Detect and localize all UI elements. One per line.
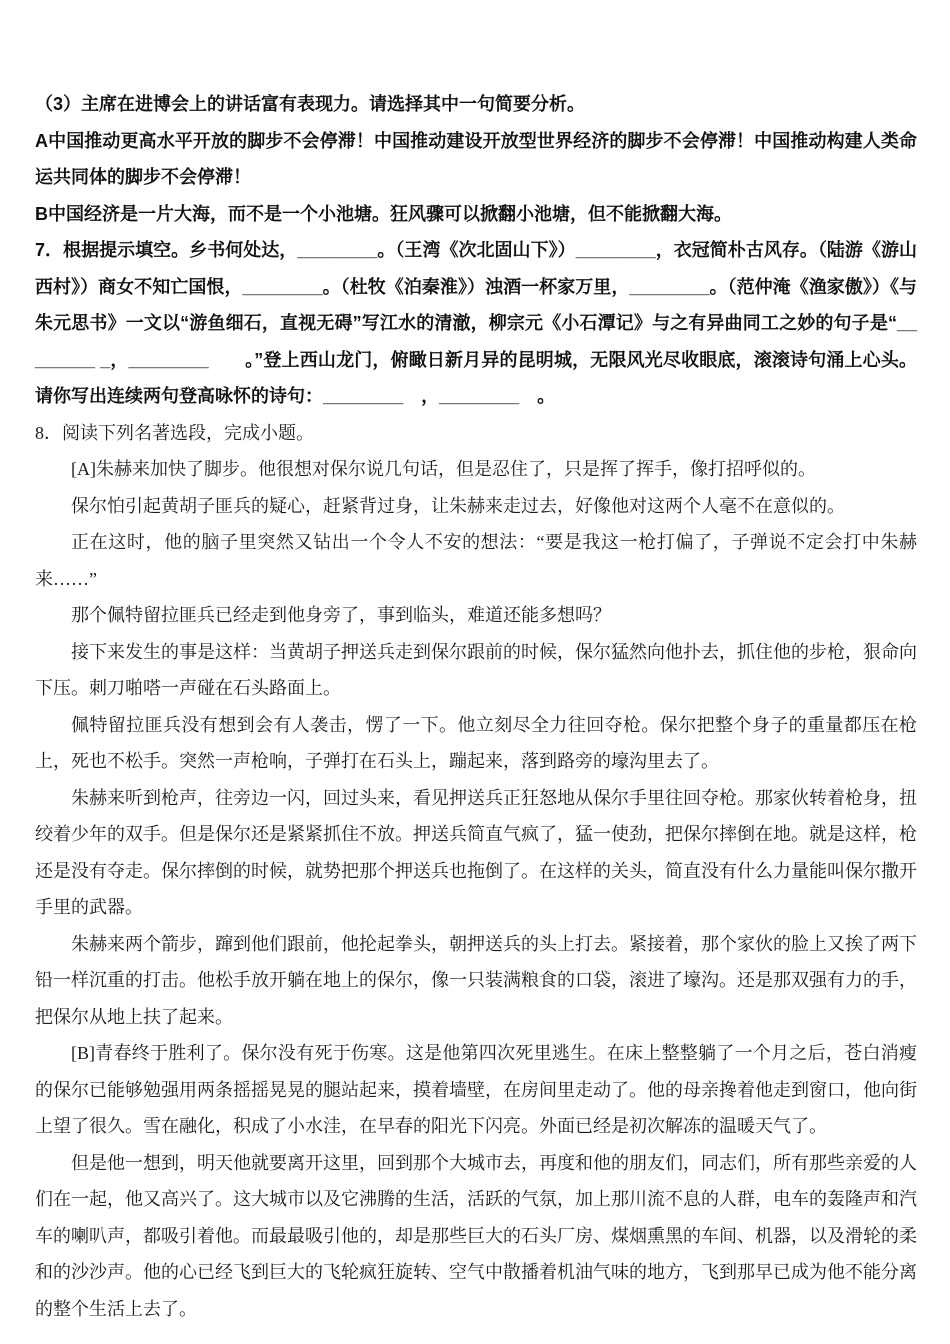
exam-page: （3）主席在进博会上的讲话富有表现力。请选择其中一句简要分析。 A中国推动更高水…: [0, 0, 950, 1344]
passage-a-paragraph-6: 佩特留拉匪兵没有想到会有人袭击，愣了一下。他立刻尽全力往回夺枪。保尔把整个身子的…: [35, 707, 917, 780]
question-8-stem: 8．阅读下列名著选段，完成小题。: [35, 415, 917, 452]
passage-a-paragraph-7: 朱赫来听到枪声，往旁边一闪，回过头来，看见押送兵正狂怒地从保尔手里往回夺枪。那家…: [35, 780, 917, 926]
passage-a-paragraph-4: 那个佩特留拉匪兵已经走到他身旁了，事到临头，难道还能多想吗？: [35, 597, 917, 634]
question-7-fill-in-blanks: 7．根据提示填空。乡书何处达，________。（王湾《次北固山下》）_____…: [35, 232, 917, 415]
passage-a-paragraph-3: 正在这时，他的脑子里突然又钻出一个令人不安的想法：“要是我这一枪打偏了，子弹说不…: [35, 524, 917, 597]
passage-a-paragraph-2: 保尔怕引起黄胡子匪兵的疑心，赶紧背过身，让朱赫来走过去，好像他对这两个人毫不在意…: [35, 488, 917, 525]
passage-b-paragraph-2: 但是他一想到，明天他就要离开这里，回到那个大城市去，再度和他的朋友们，同志们，所…: [35, 1145, 917, 1328]
question-3-option-a: A中国推动更高水平开放的脚步不会停滞！中国推动建设开放型世界经济的脚步不会停滞！…: [35, 123, 917, 196]
passage-a-paragraph-5: 接下来发生的事是这样：当黄胡子押送兵走到保尔跟前的时候，保尔猛然向他扑去，抓住他…: [35, 634, 917, 707]
passage-a-paragraph-1: [A]朱赫来加快了脚步。他很想对保尔说几句话，但是忍住了，只是挥了挥手，像打招呼…: [35, 451, 917, 488]
question-3-stem: （3）主席在进博会上的讲话富有表现力。请选择其中一句简要分析。: [35, 86, 917, 123]
passage-a-paragraph-8: 朱赫来两个箭步，蹿到他们跟前，他抡起拳头，朝押送兵的头上打去。紧接着，那个家伙的…: [35, 926, 917, 1036]
passage-b-paragraph-1: [B]青春终于胜利了。保尔没有死于伤寒。这是他第四次死里逃生。在床上整整躺了一个…: [35, 1035, 917, 1145]
question-3-option-b: B中国经济是一片大海，而不是一个小池塘。狂风骤可以掀翻小池塘，但不能掀翻大海。: [35, 196, 917, 233]
